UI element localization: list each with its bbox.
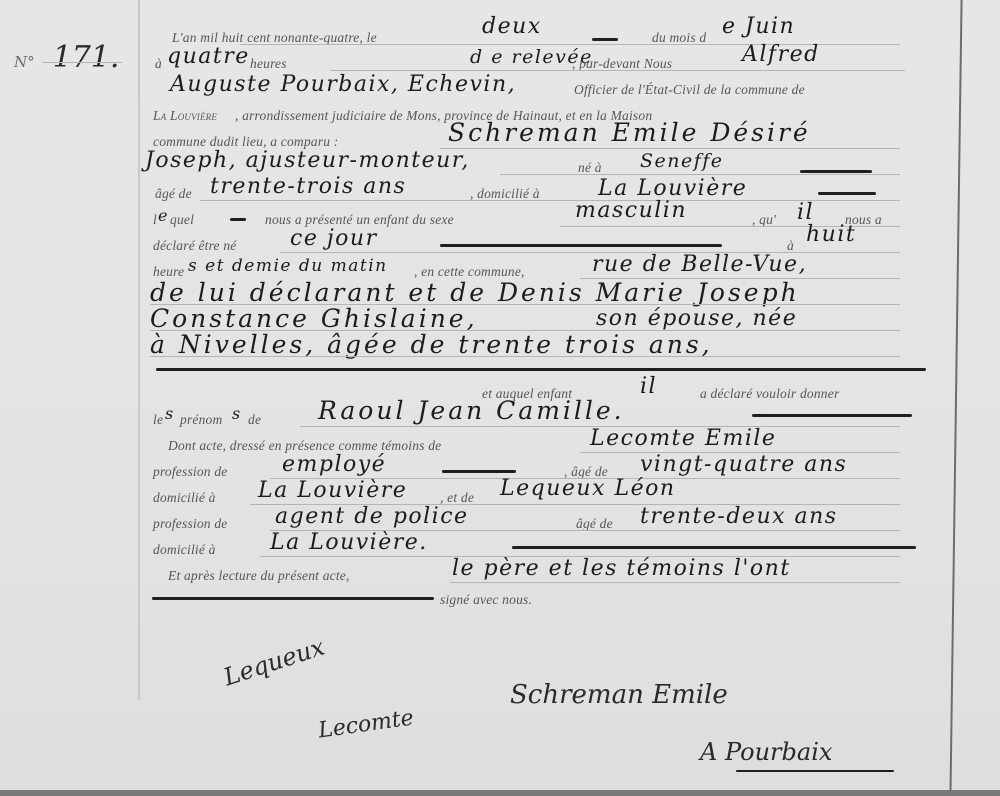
fill-stroke bbox=[442, 470, 516, 473]
printed-text: heures bbox=[250, 56, 287, 72]
fill-stroke bbox=[800, 170, 872, 173]
printed-text: domicilié à bbox=[153, 490, 216, 506]
handwritten-closing: le père et les témoins l'ont bbox=[452, 556, 791, 581]
printed-text: signé avec nous. bbox=[440, 592, 532, 608]
handwritten-child-names: Raoul Jean Camille. bbox=[318, 396, 625, 425]
handwritten-month: e Juin bbox=[722, 14, 795, 39]
handwritten-mother-name: de lui déclarant et de Denis Marie Josep… bbox=[150, 278, 800, 307]
handwritten-witness1-age: vingt-quatre ans bbox=[640, 452, 847, 477]
handwritten-witness2: Lequeux Léon bbox=[500, 476, 676, 501]
handwritten-hour: quatre bbox=[167, 44, 250, 69]
handwritten-father-occupation: Joseph, ajusteur-monteur, bbox=[145, 148, 470, 173]
ruled-line bbox=[330, 70, 905, 71]
left-margin-rule bbox=[138, 0, 140, 700]
handwritten-witness1-residence: La Louvière bbox=[258, 478, 407, 503]
handwritten-day: deux bbox=[482, 14, 542, 39]
printed-text: a déclaré vouloir donner bbox=[700, 386, 839, 402]
fill-stroke bbox=[818, 192, 876, 195]
ruled-line bbox=[200, 200, 900, 201]
signature-witness-lequeux: Lequeux bbox=[220, 633, 328, 692]
handwritten-witness1: Lecomte Emile bbox=[590, 426, 776, 451]
handwritten-mother-origin-age: à Nivelles, âgée de trente trois ans, bbox=[150, 330, 713, 359]
printed-text: prénom bbox=[180, 412, 222, 428]
handwritten-officer-name: Alfred bbox=[742, 42, 820, 67]
signature-father: Schreman Emile bbox=[510, 680, 728, 710]
ruled-line bbox=[500, 174, 900, 175]
handwritten-birthplace: Seneffe bbox=[640, 150, 724, 172]
record-number-value: 171. bbox=[53, 40, 120, 75]
printed-text: Officier de l'État-Civil de la commune d… bbox=[574, 82, 805, 98]
printed-text: de bbox=[248, 412, 261, 428]
handwritten-witness2-age: trente-deux ans bbox=[640, 504, 838, 529]
printed-municipality: La Louvière bbox=[153, 108, 217, 124]
civil-record-page: N°171. L'an mil huit cent nonante-quatre… bbox=[0, 0, 1000, 796]
handwritten-spouse: son épouse, née bbox=[596, 306, 797, 331]
handwritten-letter: s bbox=[165, 404, 175, 423]
handwritten-witness1-occupation: employé bbox=[282, 452, 386, 477]
printed-text: profession de bbox=[153, 464, 227, 480]
printed-text: profession de bbox=[153, 516, 227, 532]
number-underline bbox=[42, 62, 122, 63]
handwritten-birth-time: s et demie du matin bbox=[188, 256, 388, 276]
handwritten-sex: masculin bbox=[575, 198, 687, 223]
fill-stroke bbox=[592, 38, 618, 41]
handwritten-witness2-occupation: agent de police bbox=[275, 504, 469, 529]
printed-text: âgé de bbox=[155, 186, 192, 202]
ruled-line bbox=[150, 356, 900, 357]
handwritten-street: rue de Belle-Vue, bbox=[592, 252, 807, 277]
handwritten-birth-day: ce jour bbox=[290, 226, 378, 251]
handwritten-mother-names: Constance Ghislaine, bbox=[150, 304, 478, 333]
handwritten-birth-hour: huit bbox=[806, 222, 856, 247]
handwritten-witness2-residence: La Louvière. bbox=[270, 530, 428, 555]
handwritten-officer-surname: Auguste Pourbaix, Echevin, bbox=[170, 72, 516, 97]
fill-stroke bbox=[156, 368, 926, 371]
fill-stroke bbox=[230, 218, 246, 221]
printed-text: domicilié à bbox=[153, 542, 216, 558]
right-margin-rule bbox=[949, 0, 962, 796]
fill-stroke bbox=[152, 597, 434, 600]
fill-stroke bbox=[440, 244, 722, 247]
signature-witness-lecomte: Lecomte bbox=[317, 705, 415, 743]
handwritten-pronoun-2: il bbox=[640, 374, 657, 399]
fill-stroke bbox=[752, 414, 912, 417]
printed-text: à bbox=[155, 56, 162, 72]
officer-signature-underline bbox=[736, 770, 894, 772]
ruled-line bbox=[440, 148, 900, 149]
printed-text: l bbox=[153, 212, 157, 228]
fill-stroke bbox=[512, 546, 916, 549]
signature-officer: A Pourbaix bbox=[700, 738, 832, 766]
printed-text: le bbox=[153, 412, 163, 428]
handwritten-letter: e bbox=[158, 206, 169, 225]
printed-text: quel bbox=[170, 212, 194, 228]
printed-text: Et après lecture du présent acte, bbox=[168, 568, 350, 584]
printed-text: déclaré être né bbox=[153, 238, 236, 254]
page-bottom-edge bbox=[0, 790, 1000, 796]
handwritten-father-name: Schreman Emile Désiré bbox=[448, 118, 811, 147]
ruled-line bbox=[450, 582, 900, 583]
record-number: N°171. bbox=[14, 40, 119, 75]
handwritten-letter: s bbox=[232, 404, 242, 423]
handwritten-father-age: trente-trois ans bbox=[210, 174, 406, 199]
record-number-label: N° bbox=[14, 53, 35, 71]
